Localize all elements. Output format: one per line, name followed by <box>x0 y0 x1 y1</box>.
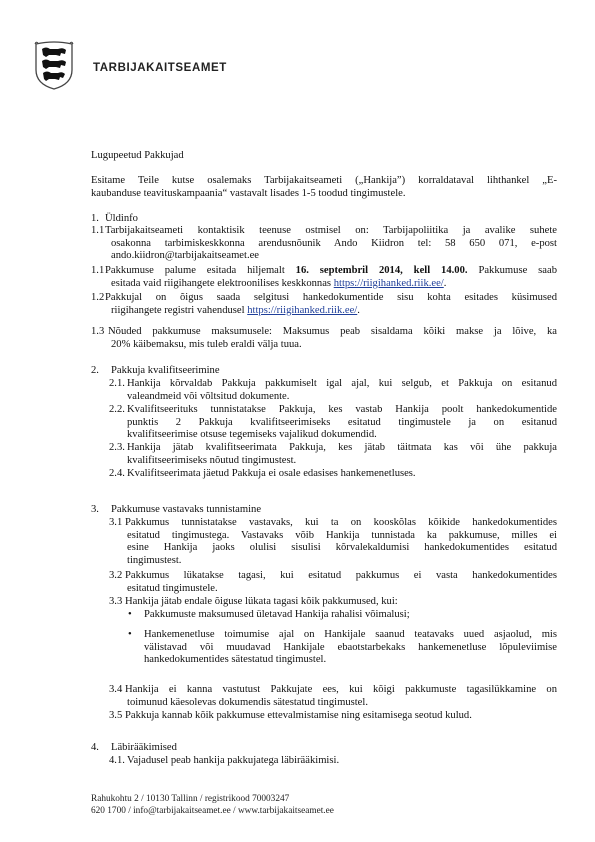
section-title: Pakkumuse vastavaks tunnistamine <box>111 504 261 515</box>
item-number: 2.2. <box>109 404 125 417</box>
section-title: Üldinfo <box>105 213 138 224</box>
section-number: 1. <box>91 213 99 226</box>
section-number: 4. <box>91 742 99 755</box>
item-3-5: 3.5 Pakkuja kannab kõik pakkumuse etteva… <box>109 710 557 723</box>
item-1-2: 1.2 Pakkujal on õigus saada selgitusi ha… <box>91 292 557 317</box>
item-text: kvalifitseerimiseks nõutud tingimustest. <box>127 455 557 468</box>
item-text: tingimustest. <box>127 555 557 568</box>
item-number: 3.4 <box>109 684 122 697</box>
item-number: 4.1. <box>109 755 125 768</box>
section-3-heading: 3. Pakkumuse vastavaks tunnistamine <box>91 504 557 517</box>
item-1-3: 1.3 Nõuded pakkumuse maksumusele: Maksum… <box>91 326 557 351</box>
item-2-3: 2.3. Hankija jätab kvalifitseerimata Pak… <box>109 442 557 467</box>
item-text: Hankija kõrvaldab Pakkuja pakkumiselt ig… <box>127 378 557 391</box>
item-text: osakonna tarbimiskeskkonna arendusnõunik… <box>111 238 557 251</box>
item-text: Tarbijakaitseameti kontaktisik teenuse o… <box>105 225 557 238</box>
bullet-item-2: • Hankemenetluse toimumise ajal on Hanki… <box>128 629 557 667</box>
section-number: 2. <box>91 365 99 378</box>
item-1-1-contact: 1.1 Tarbijakaitseameti kontaktisik teenu… <box>91 225 557 263</box>
item-number: 1.3 <box>91 326 104 339</box>
item-text: esitatud tingimustega. Vastavaks võib Ha… <box>127 530 557 543</box>
item-text: valeandmeid või võltsitud dokumente. <box>127 391 557 404</box>
item-text: Hankemenetluse toimumise ajal on Hankija… <box>144 629 557 642</box>
intro-line-1: Esitame Teile kutse osalemaks Tarbijakai… <box>91 175 557 188</box>
item-text: riigihangete registri vahendusel <box>111 305 247 316</box>
item-text: esitada vaid riigihangete elektroonilise… <box>111 278 334 289</box>
bullet-icon: • <box>128 609 132 622</box>
item-number: 2.1. <box>109 378 125 391</box>
contact-email: ando.kiidron@tarbijakaitseamet.ee <box>111 250 557 263</box>
bullet-icon: • <box>128 629 132 642</box>
item-text: Vajadusel peab hankija pakkujatega läbir… <box>127 755 557 768</box>
item-text: kvalifitseerimise otsuse tegemiseks vaja… <box>127 429 557 442</box>
item-text: Pakkumuse palume esitada hiljemalt <box>105 265 296 276</box>
item-3-1: 3.1 Pakkumus tunnistatakse vastavaks, ku… <box>109 517 557 567</box>
section-title: Pakkuja kvalifitseerimine <box>111 365 220 376</box>
bullet-item-1: • Pakkumuste maksumused ületavad Hankija… <box>128 609 557 622</box>
intro-line-2: kaubanduse teavituskampaania“ vastavalt … <box>91 188 557 201</box>
item-text: Hankija jätab endale õiguse lükata tagas… <box>125 596 557 609</box>
item-text: välistavad või muudavad Hankijale ebaots… <box>144 642 557 655</box>
item-text: Pakkumus tunnistatakse vastavaks, kui ta… <box>125 517 557 530</box>
item-3-4: 3.4 Hankija ei kanna vastutust Pakkujate… <box>109 684 557 709</box>
organization-name: TARBIJAKAITSEAMET <box>93 62 227 75</box>
item-number: 3.5 <box>109 710 122 723</box>
item-text: Hankija ei kanna vastutust Pakkujate ees… <box>125 684 557 697</box>
item-number: 1.1 <box>91 265 104 278</box>
item-text: Pakkujal on õigus saada selgitusi hanked… <box>105 292 557 305</box>
item-3-3: 3.3 Hankija jätab endale õiguse lükata t… <box>109 596 557 609</box>
item-number: 3.2 <box>109 570 122 583</box>
deadline-date: 16. septembril 2014, kell 14.00. <box>296 265 468 276</box>
item-number: 1.2 <box>91 292 104 305</box>
item-text: esine Hankija jaoks olulisi sisulisi kõr… <box>127 542 557 555</box>
item-2-4: 2.4. Kvalifitseerimata jäetud Pakkuja ei… <box>109 468 557 481</box>
item-text: punktis 2 Pakkuja kvalifitseerimiseks es… <box>127 417 557 430</box>
coat-of-arms-icon <box>33 40 75 90</box>
section-4-heading: 4. Läbirääkimised <box>91 742 557 755</box>
item-2-1: 2.1. Hankija kõrvaldab Pakkuja pakkumise… <box>109 378 557 403</box>
footer-contacts: 620 1700 / info@tarbijakaitseamet.ee / w… <box>91 805 334 817</box>
item-2-2: 2.2. Kvalifitseerituks tunnistatakse Pak… <box>109 404 557 442</box>
item-3-2: 3.2 Pakkumus lükatakse tagasi, kui esita… <box>109 570 557 595</box>
greeting: Lugupeetud Pakkujad <box>91 150 557 163</box>
item-text: Hankija jätab kvalifitseerimata Pakkuja,… <box>127 442 557 455</box>
footer-address: Rahukohtu 2 / 10130 Tallinn / registriko… <box>91 793 334 805</box>
item-number: 3.1 <box>109 517 122 530</box>
item-number: 2.4. <box>109 468 125 481</box>
item-text: Pakkuja kannab kõik pakkumuse ettevalmis… <box>125 710 557 723</box>
item-number: 1.1 <box>91 225 104 238</box>
item-number: 3.3 <box>109 596 122 609</box>
item-1-1-deadline: 1.1 Pakkumuse palume esitada hiljemalt 1… <box>91 265 557 290</box>
item-number: 2.3. <box>109 442 125 455</box>
item-text: Kvalifitseerimata jäetud Pakkuja ei osal… <box>127 468 557 481</box>
section-2-heading: 2. Pakkuja kvalifitseerimine <box>91 365 557 378</box>
punctuation: . <box>357 305 360 316</box>
section-number: 3. <box>91 504 99 517</box>
section-title: Läbirääkimised <box>111 742 177 753</box>
item-text: Kvalifitseerituks tunnistatakse Pakkuja,… <box>127 404 557 417</box>
riigihanked-link[interactable]: https://riigihanked.riik.ee/ <box>247 305 357 316</box>
punctuation: . <box>444 278 447 289</box>
footer: Rahukohtu 2 / 10130 Tallinn / registriko… <box>91 793 334 817</box>
item-text: Pakkumuste maksumused ületavad Hankija r… <box>144 609 557 622</box>
item-text: Pakkumus lükatakse tagasi, kui esitatud … <box>125 570 557 583</box>
section-1-heading: 1. Üldinfo <box>91 213 557 226</box>
item-text: esitatud tingimustele. <box>127 583 557 596</box>
item-text: toimunud käesolevas dokumendis sätestatu… <box>127 697 557 710</box>
item-text: 20% käibemaksu, mis tuleb eraldi välja t… <box>111 339 557 352</box>
item-text: hankedokumentides sätestatud tingimustel… <box>144 654 557 667</box>
item-4-1: 4.1. Vajadusel peab hankija pakkujatega … <box>109 755 557 768</box>
item-text: Pakkumuse saab <box>468 265 557 276</box>
riigihanked-link[interactable]: https://riigihanked.riik.ee/ <box>334 278 444 289</box>
item-text: Nõuded pakkumuse maksumusele: Maksumus p… <box>108 326 557 339</box>
